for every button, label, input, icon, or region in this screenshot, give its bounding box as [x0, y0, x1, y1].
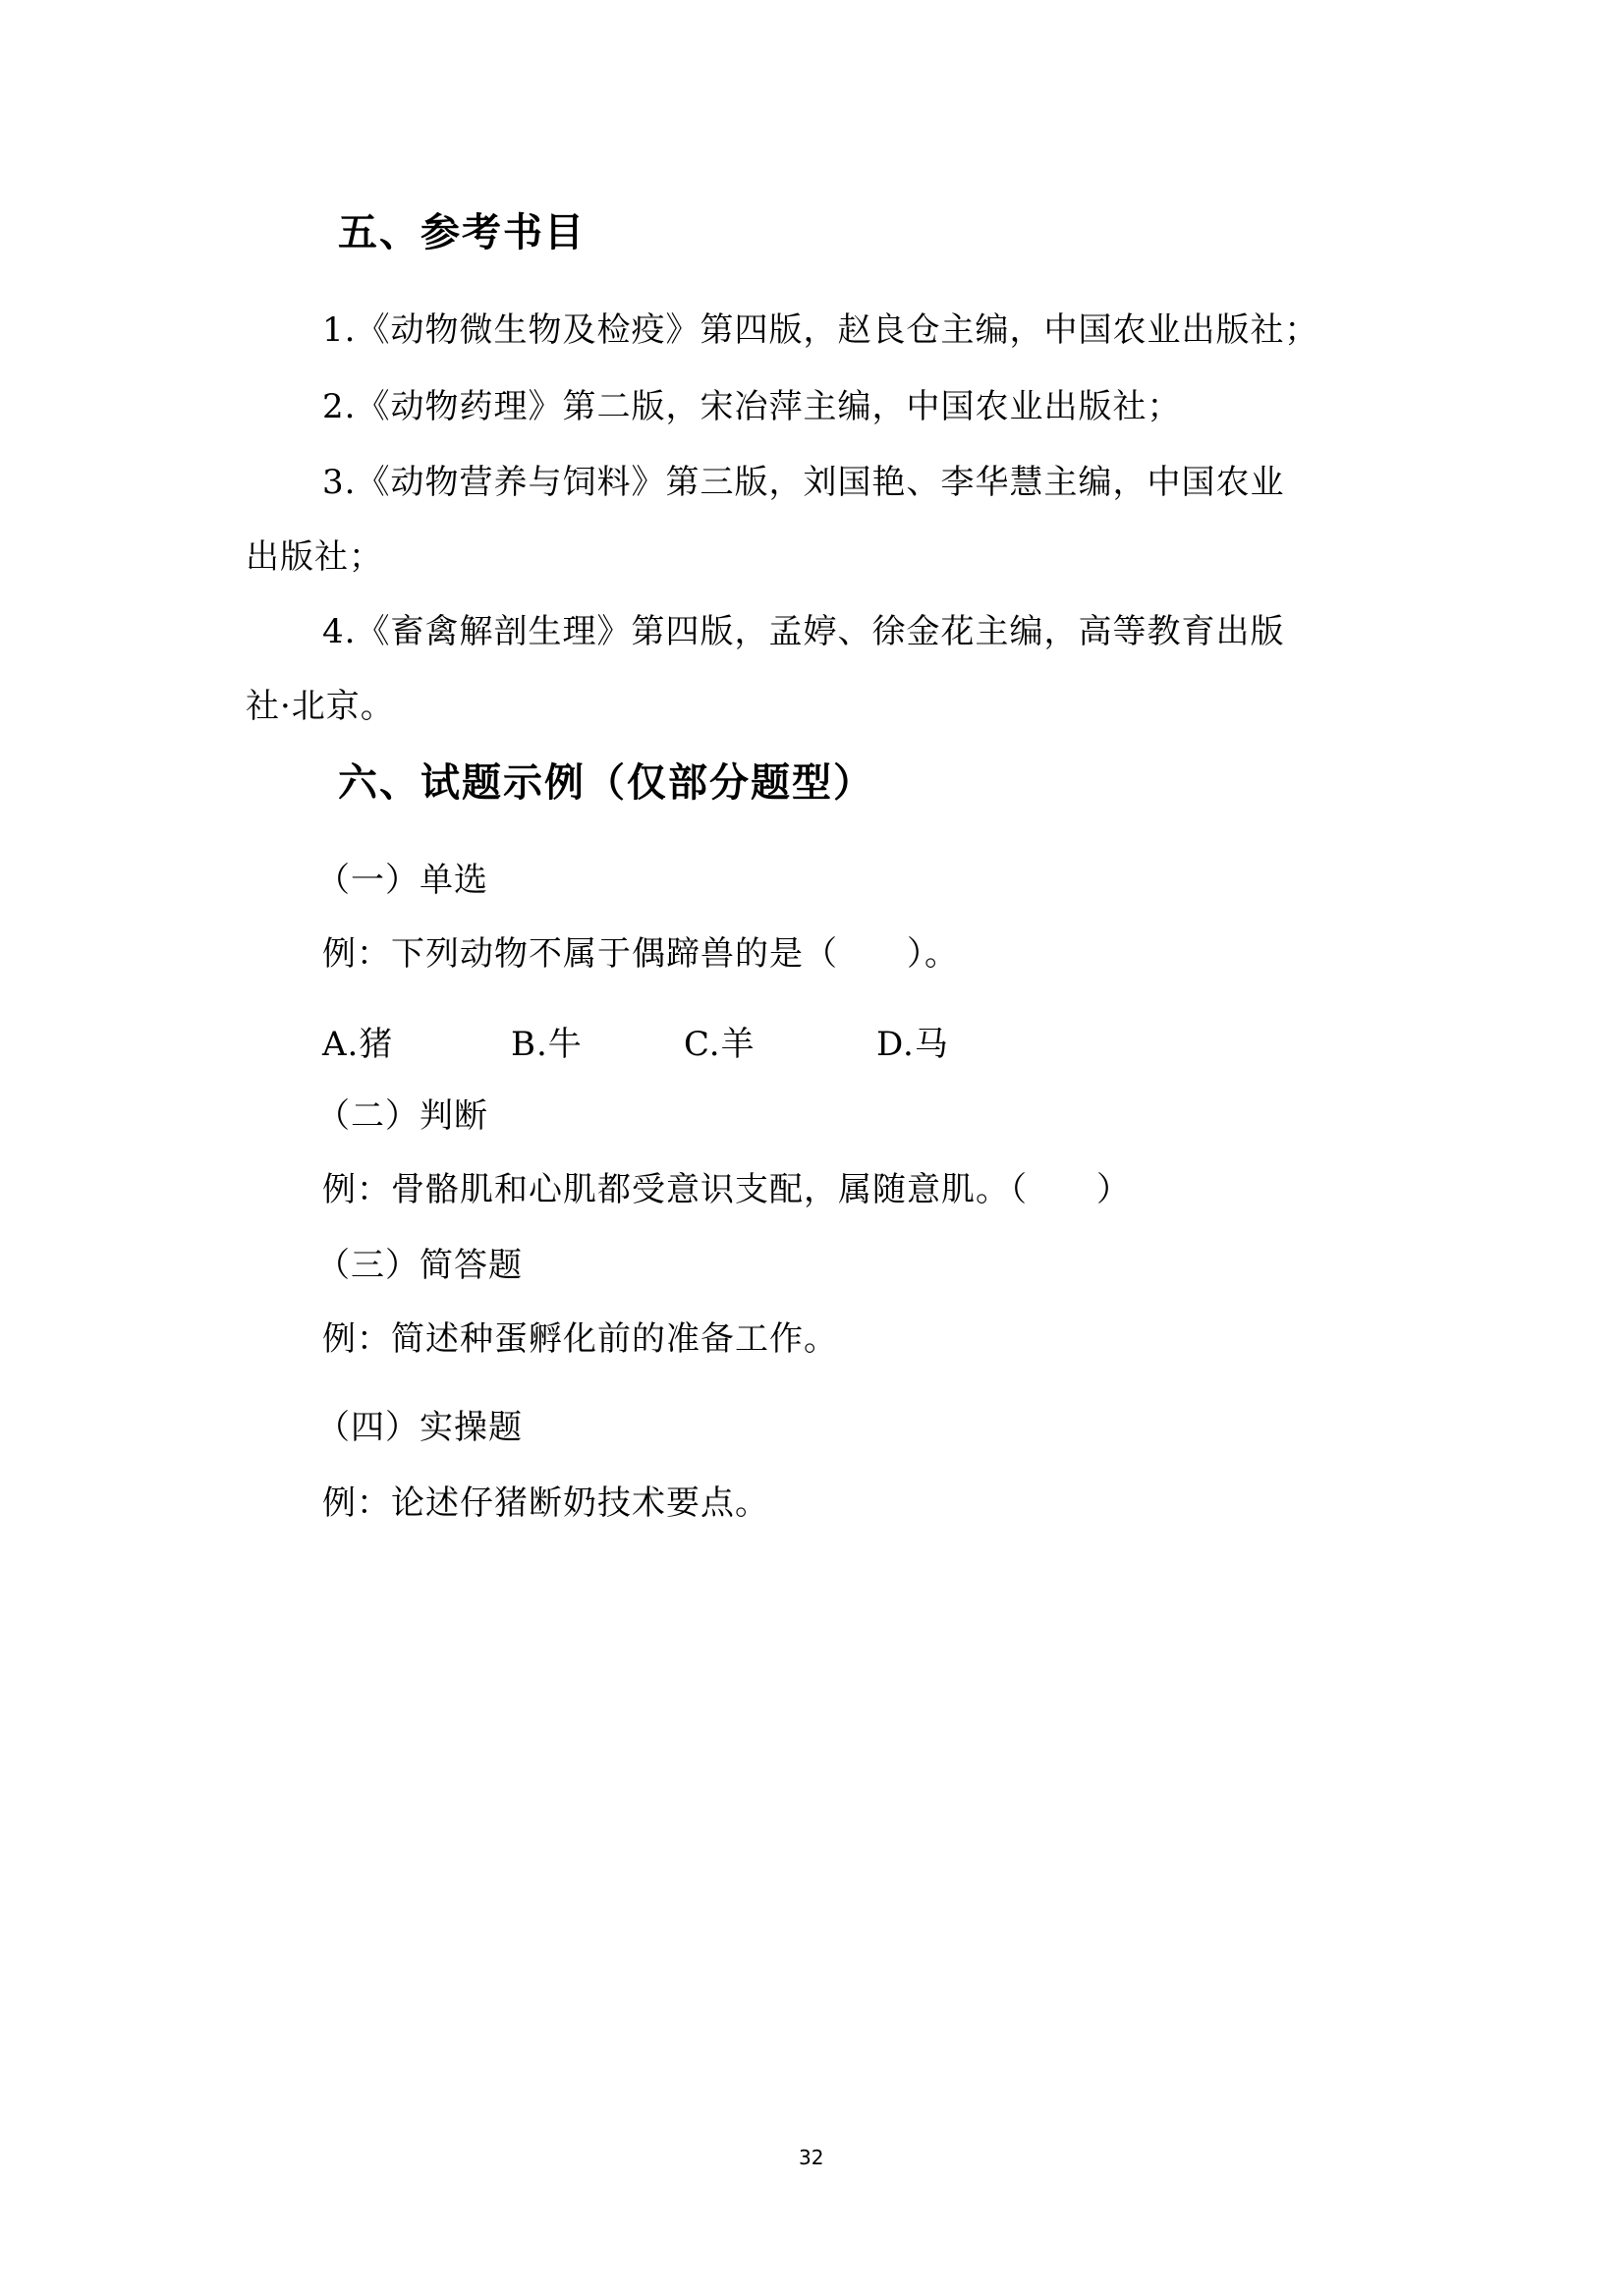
page-number: 32 — [799, 2146, 823, 2169]
examples-heading: 六、试题示例（仅部分题型） — [338, 752, 874, 808]
single-choice-question: 例：下列动物不属于偶蹄兽的是（ ）。 — [322, 926, 959, 975]
short-answer-question: 例：简述种蛋孵化前的准备工作。 — [322, 1312, 838, 1360]
reference-item-2: 2.《动物药理》第二版，宋冶萍主编，中国农业出版社； — [322, 379, 1181, 427]
reference-item-4-cont: 社·北京。 — [246, 679, 395, 727]
reference-item-1: 1.《动物微生物及检疫》第四版，赵良仓主编，中国农业出版社； — [322, 303, 1318, 351]
short-answer-title: （三）简答题 — [316, 1238, 523, 1286]
option-b: B.牛 — [511, 1017, 684, 1065]
reference-item-3-cont: 出版社； — [246, 530, 383, 578]
single-choice-title: （一）单选 — [316, 853, 488, 901]
reference-item-4: 4.《畜禽解剖生理》第四版，孟婷、徐金花主编，高等教育出版 — [322, 604, 1284, 652]
true-false-title: （二）判断 — [316, 1089, 488, 1137]
option-c: C.羊 — [684, 1017, 876, 1065]
practical-title: （四）实操题 — [316, 1400, 523, 1448]
reference-item-3: 3.《动物营养与饲料》第三版，刘国艳、李华慧主编，中国农业 — [322, 455, 1284, 503]
single-choice-options: A.猪B.牛C.羊D.马 — [322, 1017, 949, 1065]
option-d: D.马 — [876, 1017, 949, 1065]
true-false-question: 例：骨骼肌和心肌都受意识支配，属随意肌。（ ） — [322, 1162, 1131, 1210]
practical-question: 例：论述仔猪断奶技术要点。 — [322, 1476, 769, 1524]
option-a: A.猪 — [322, 1017, 511, 1065]
references-heading: 五、参考书目 — [338, 201, 586, 257]
